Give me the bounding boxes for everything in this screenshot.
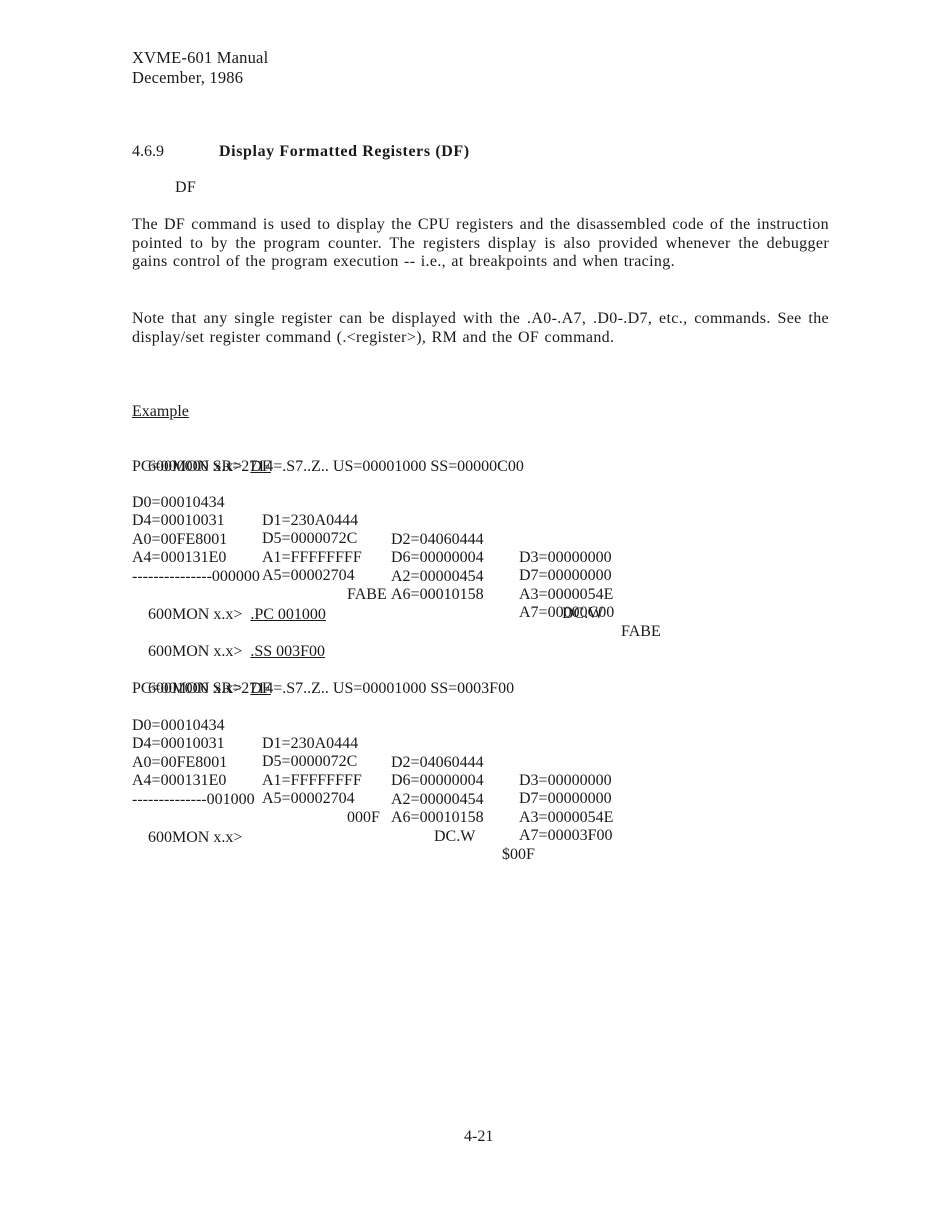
- document-header-title: XVME-601 Manual: [132, 48, 268, 68]
- register: D3=00000000: [519, 772, 612, 790]
- example-heading: Example: [132, 403, 189, 421]
- register-row: D0=00010434 D1=230A0444 D2=04060444 D3=0…: [132, 476, 148, 494]
- section-title: Display Formatted Registers (DF): [219, 143, 470, 161]
- user-command: .PC 001000: [250, 606, 326, 623]
- register: A6=00010158: [391, 586, 484, 604]
- status-line: PC=000000 SR=2714=.S7..Z.. US=00001000 S…: [132, 458, 524, 476]
- register: D6=00000004: [391, 549, 484, 567]
- disasm-opcode: 000F: [347, 809, 380, 827]
- register-row: D4=00010031 D5=0000072C D6=00000004 D7=0…: [132, 717, 148, 735]
- note-paragraph: Note that any single register can be dis…: [132, 310, 829, 347]
- register: A7=00003F00: [519, 827, 612, 845]
- disasm-opcode: FABE: [347, 586, 387, 604]
- register-row: D0=00010434 D1=230A0444 D2=04060444 D3=0…: [132, 699, 148, 717]
- prompt: 600MON x.x>: [148, 606, 242, 623]
- register: A3=0000054E: [519, 586, 613, 604]
- register: D6=00000004: [391, 772, 484, 790]
- disassembly-line: ---------------000000 FABE DC.W FABE: [132, 550, 148, 568]
- prompt: 600MON x.x>: [148, 829, 242, 846]
- register: A6=00010158: [391, 809, 484, 827]
- description-paragraph: The DF command is used to display the CP…: [132, 216, 829, 272]
- command-syntax: DF: [175, 179, 196, 197]
- register: D2=04060444: [391, 531, 484, 549]
- prompt-line: 600MON x.x> .SS 003F00: [132, 625, 325, 643]
- prompt-line: 600MON x.x> DF: [132, 440, 271, 458]
- register: D2=04060444: [391, 754, 484, 772]
- status-line: PC=001000 SR=2714=.S7..Z.. US=00001000 S…: [132, 680, 514, 698]
- page-number: 4-21: [464, 1128, 493, 1146]
- disasm-mnemonic: DC.W: [562, 605, 603, 623]
- register: A2=00000454: [391, 568, 484, 586]
- disasm-operand: $00F: [502, 846, 535, 864]
- disasm-mnemonic: DC.W: [434, 828, 475, 846]
- register: D3=00000000: [519, 549, 612, 567]
- register: A2=00000454: [391, 791, 484, 809]
- register: A1=FFFFFFFF: [262, 772, 362, 790]
- register-row: D4=00010031 D5=0000072C D6=00000004 D7=0…: [132, 494, 148, 512]
- register: D1=230A0444: [262, 512, 358, 530]
- register: D5=0000072C: [262, 753, 357, 771]
- register: D7=00000000: [519, 790, 612, 808]
- register: A5=00002704: [262, 567, 355, 585]
- prompt-line: 600MON x.x> .PC 001000: [132, 588, 326, 606]
- document-header-date: December, 1986: [132, 68, 243, 88]
- user-command: .SS 003F00: [250, 643, 325, 660]
- disasm-operand: FABE: [621, 623, 661, 641]
- section-number: 4.6.9: [132, 143, 164, 161]
- register-row: A0=00FE8001 A1=FFFFFFFF A2=00000454 A3=0…: [132, 513, 148, 531]
- register-row: A4=000131E0 A5=00002704 A6=00010158 A7=0…: [132, 754, 148, 772]
- register: D1=230A0444: [262, 735, 358, 753]
- register-row: A4=000131E0 A5=00002704 A6=00010158 A7=0…: [132, 531, 148, 549]
- disasm-address: ---------------000000: [132, 568, 260, 586]
- disasm-address: --------------001000: [132, 791, 255, 809]
- register: A3=0000054E: [519, 809, 613, 827]
- register: A1=FFFFFFFF: [262, 549, 362, 567]
- register-row: A0=00FE8001 A1=FFFFFFFF A2=00000454 A3=0…: [132, 736, 148, 754]
- prompt-line: 600MON x.x> DF: [132, 662, 271, 680]
- prompt: 600MON x.x>: [148, 643, 242, 660]
- prompt-line: 600MON x.x>: [132, 811, 242, 829]
- register: D7=00000000: [519, 567, 612, 585]
- register: D5=0000072C: [262, 530, 357, 548]
- disassembly-line: --------------001000 000F DC.W $00F: [132, 773, 148, 791]
- register: A5=00002704: [262, 790, 355, 808]
